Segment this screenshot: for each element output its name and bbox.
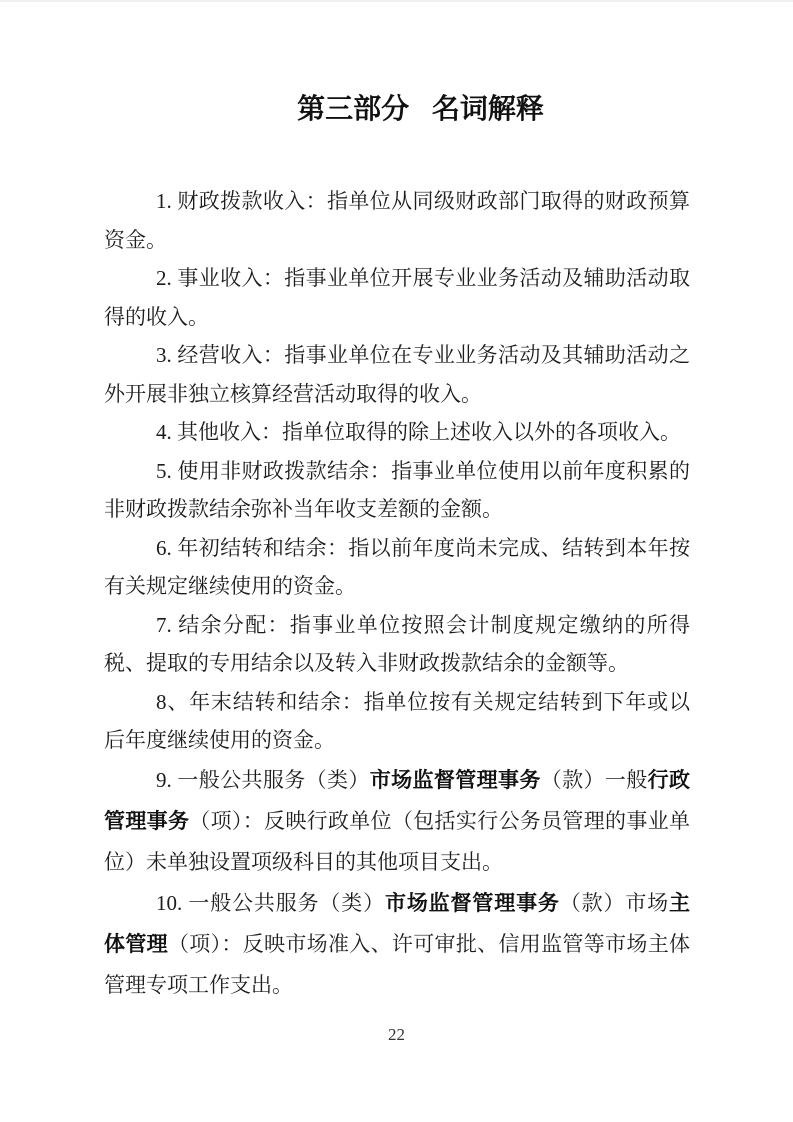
definition-paragraph: 10. 一般公共服务（类）市场监督管理事务（款）市场主体管理（项）：反映市场准入…	[104, 883, 690, 1006]
term-bold-run: 市场监督管理事务	[370, 769, 541, 792]
term-bold-run: 市场监督管理事务	[385, 892, 560, 915]
text-run: 7. 结余分配：指事业单位按照会计制度规定缴纳的所得税、提取的专用结余以及转入非…	[104, 613, 690, 676]
text-run: 5. 使用非财政拨款结余：指事业单位使用以前年度积累的非财政拨款结余弥补当年收支…	[104, 459, 690, 522]
definition-paragraph: 7. 结余分配：指事业单位按照会计制度规定缴纳的所得税、提取的专用结余以及转入非…	[104, 606, 690, 683]
definition-paragraph: 3. 经营收入：指事业单位在专业业务活动及其辅助活动之外开展非独立核算经营活动取…	[104, 336, 690, 413]
text-run: 3. 经营收入：指事业单位在专业业务活动及其辅助活动之外开展非独立核算经营活动取…	[104, 343, 690, 406]
text-run: 4. 其他收入：指单位取得的除上述收入以外的各项收入。	[156, 420, 681, 444]
definition-paragraph: 4. 其他收入：指单位取得的除上述收入以外的各项收入。	[104, 413, 690, 452]
text-run: 10. 一般公共服务（类）	[156, 891, 385, 915]
definition-paragraph: 1. 财政拨款收入：指单位从同级财政部门取得的财政预算资金。	[104, 182, 690, 259]
definition-paragraph: 8、年末结转和结余：指单位按有关规定结转到下年或以后年度继续使用的资金。	[104, 683, 690, 760]
text-run: （项）：反映行政单位（包括实行公务员管理的事业单位）未单独设置项级科目的其他项目…	[104, 809, 690, 874]
text-run: （款）市场	[560, 891, 669, 915]
scan-edge	[0, 0, 793, 2]
text-run: 2. 事业收入：指事业单位开展专业业务活动及辅助活动取得的收入。	[104, 266, 690, 329]
text-run: （款）一般	[541, 768, 648, 792]
definitions: 1. 财政拨款收入：指单位从同级财政部门取得的财政预算资金。2. 事业收入：指事…	[104, 182, 690, 1006]
definition-paragraph: 5. 使用非财政拨款结余：指事业单位使用以前年度积累的非财政拨款结余弥补当年收支…	[104, 452, 690, 529]
page-number: 22	[0, 1024, 793, 1046]
text-run: 1. 财政拨款收入：指单位从同级财政部门取得的财政预算资金。	[104, 189, 690, 252]
section-title: 第三部分 名词解释	[0, 90, 793, 128]
text-run: （项）：反映市场准入、许可审批、信用监管等市场主体管理专项工作支出。	[104, 932, 690, 997]
definition-paragraph: 9. 一般公共服务（类）市场监督管理事务（款）一般行政管理事务（项）：反映行政单…	[104, 760, 690, 883]
definition-paragraph: 2. 事业收入：指事业单位开展专业业务活动及辅助活动取得的收入。	[104, 259, 690, 336]
definition-paragraph: 6. 年初结转和结余：指以前年度尚未完成、结转到本年按有关规定继续使用的资金。	[104, 529, 690, 606]
text-run: 6. 年初结转和结余：指以前年度尚未完成、结转到本年按有关规定继续使用的资金。	[104, 536, 690, 599]
text-run: 8、年末结转和结余：指单位按有关规定结转到下年或以后年度继续使用的资金。	[104, 690, 690, 753]
document-page: 第三部分 名词解释 1. 财政拨款收入：指单位从同级财政部门取得的财政预算资金。…	[0, 0, 793, 1122]
text-run: 9. 一般公共服务（类）	[156, 768, 370, 792]
